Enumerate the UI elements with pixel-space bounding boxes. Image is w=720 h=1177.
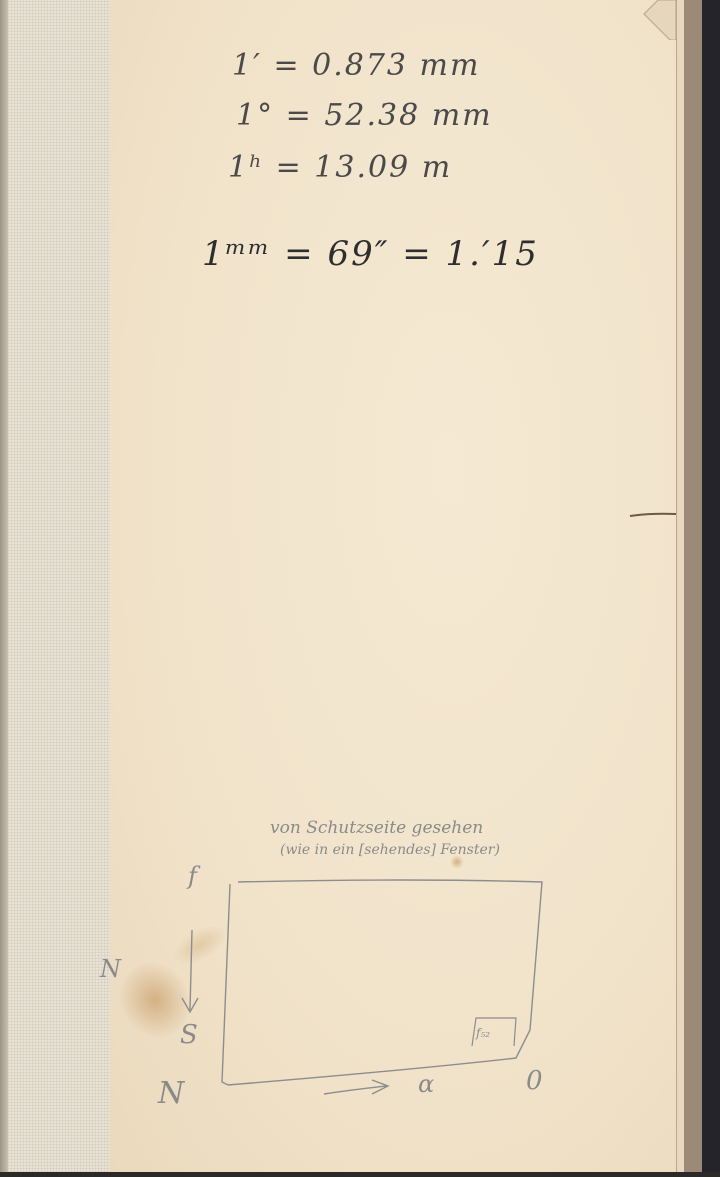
bottom-edge <box>0 1172 720 1177</box>
right-arrow <box>324 1080 388 1094</box>
folded-corner <box>640 0 676 40</box>
page-tick-mark <box>630 514 676 516</box>
frame-rectangle <box>222 880 542 1085</box>
back-board <box>684 0 702 1172</box>
notebook-page: 1′ = 0.873 mm 1° = 52.38 mm 1ʰ = 13.09 m… <box>110 0 676 1172</box>
down-arrow <box>182 930 198 1012</box>
binding-edge <box>0 0 8 1177</box>
corner-box <box>472 1018 516 1046</box>
cloth-spine <box>8 0 111 1172</box>
pencil-sketch <box>110 0 676 1172</box>
cover <box>702 0 720 1177</box>
